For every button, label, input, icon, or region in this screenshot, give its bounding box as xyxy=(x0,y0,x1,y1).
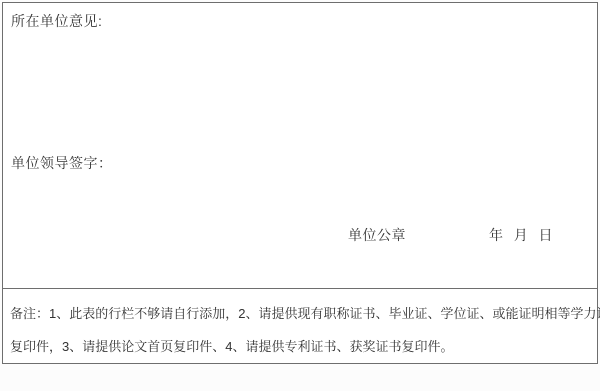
unit-seal-label: 单位公章 xyxy=(348,227,406,243)
unit-opinion-table: 所在单位意见: 单位领导签字： 单位公章 年 月 日 备注：1、此表的行栏不够请… xyxy=(2,2,598,364)
form-page: 所在单位意见: 单位领导签字： 单位公章 年 月 日 备注：1、此表的行栏不够请… xyxy=(0,0,600,391)
unit-opinion-title: 所在单位意见: xyxy=(11,13,102,29)
leader-signature-label: 单位领导签字： xyxy=(11,155,113,171)
date-year-month-day-label: 年 月 日 xyxy=(489,227,554,243)
notes-line-2: 复印件，3、请提供论文首页复印件、4、请提供专利证书、获奖证书复印件。 xyxy=(10,330,591,363)
unit-opinion-cell: 所在单位意见: 单位领导签字： 单位公章 年 月 日 xyxy=(3,3,597,287)
notes-line-1: 备注：1、此表的行栏不够请自行添加，2、请提供现有职称证书、毕业证、学位证、或能… xyxy=(10,297,591,330)
notes-cell: 备注：1、此表的行栏不够请自行添加，2、请提供现有职称证书、毕业证、学位证、或能… xyxy=(3,288,597,363)
